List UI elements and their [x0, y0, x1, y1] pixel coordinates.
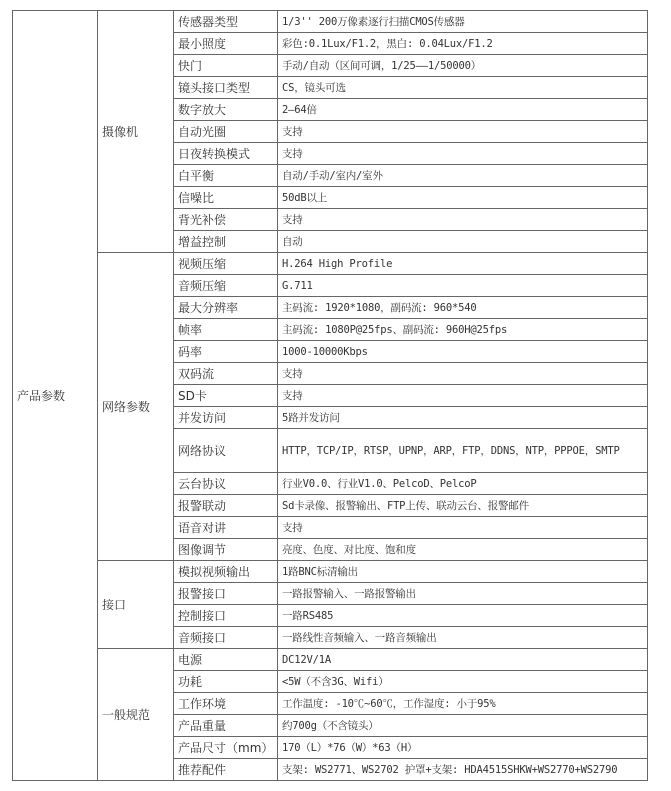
spec-value: 支持: [278, 517, 648, 539]
spec-key: 帧率: [174, 319, 278, 341]
spec-value: H.264 High Profile: [278, 253, 648, 275]
spec-value: 1路BNC标清输出: [278, 561, 648, 583]
spec-value: 支持: [278, 363, 648, 385]
category-cell: 产品参数: [13, 11, 98, 781]
spec-value: 工作温度: -10℃~60℃，工作湿度: 小于95%: [278, 693, 648, 715]
spec-key: 视频压缩: [174, 253, 278, 275]
group-interface: 接口: [98, 561, 174, 649]
spec-value: DC12V/1A: [278, 649, 648, 671]
spec-value: 5路并发访问: [278, 407, 648, 429]
spec-key: 模拟视频输出: [174, 561, 278, 583]
spec-key: 数字放大: [174, 99, 278, 121]
spec-key: SD卡: [174, 385, 278, 407]
spec-value: 170（L）*76（W）*63（H）: [278, 737, 648, 759]
table-row: 一般规范 电源 DC12V/1A: [13, 649, 648, 671]
spec-key: 信噪比: [174, 187, 278, 209]
spec-key: 码率: [174, 341, 278, 363]
spec-value: 彩色:0.1Lux/F1.2，黑白: 0.04Lux/F1.2: [278, 33, 648, 55]
spec-value: G.711: [278, 275, 648, 297]
spec-key: 功耗: [174, 671, 278, 693]
group-camera: 摄像机: [98, 11, 174, 253]
spec-key: 报警接口: [174, 583, 278, 605]
spec-value: 支持: [278, 121, 648, 143]
spec-key: 工作环境: [174, 693, 278, 715]
spec-key: 语音对讲: [174, 517, 278, 539]
group-network: 网络参数: [98, 253, 174, 561]
spec-key: 增益控制: [174, 231, 278, 253]
spec-key: 并发访问: [174, 407, 278, 429]
spec-value: 支持: [278, 385, 648, 407]
spec-key: 日夜转换模式: [174, 143, 278, 165]
spec-key: 双码流: [174, 363, 278, 385]
spec-key: 最大分辨率: [174, 297, 278, 319]
table-row: 接口 模拟视频输出 1路BNC标清输出: [13, 561, 648, 583]
spec-value: 亮度、色度、对比度、饱和度: [278, 539, 648, 561]
spec-key: 传感器类型: [174, 11, 278, 33]
spec-key: 音频接口: [174, 627, 278, 649]
spec-value: 约700g（不含镜头）: [278, 715, 648, 737]
group-general: 一般规范: [98, 649, 174, 781]
spec-key: 网络协议: [174, 429, 278, 473]
spec-key: 镜头接口类型: [174, 77, 278, 99]
spec-key: 图像调节: [174, 539, 278, 561]
spec-key: 控制接口: [174, 605, 278, 627]
spec-value: 支持: [278, 209, 648, 231]
spec-value: 一路RS485: [278, 605, 648, 627]
spec-value: 自动: [278, 231, 648, 253]
table-row: 网络参数 视频压缩 H.264 High Profile: [13, 253, 648, 275]
spec-value: 1/3'' 200万像素逐行扫描CMOS传感器: [278, 11, 648, 33]
spec-value: 手动/自动（区间可调，1/25——1/50000）: [278, 55, 648, 77]
spec-key: 音频压缩: [174, 275, 278, 297]
spec-key: 快门: [174, 55, 278, 77]
spec-key: 推荐配件: [174, 759, 278, 781]
spec-value: 支持: [278, 143, 648, 165]
spec-value: 自动/手动/室内/室外: [278, 165, 648, 187]
spec-value: 主码流: 1080P@25fps、副码流: 960H@25fps: [278, 319, 648, 341]
spec-key: 背光补偿: [174, 209, 278, 231]
spec-value: 支架: WS2771、WS2702 护罩+支架: HDA4515SHKW+WS2…: [278, 759, 648, 781]
spec-value: 一路报警输入、一路报警输出: [278, 583, 648, 605]
spec-value: 2—64倍: [278, 99, 648, 121]
spec-value: 主码流: 1920*1080，副码流: 960*540: [278, 297, 648, 319]
spec-value: CS，镜头可选: [278, 77, 648, 99]
table-row: 产品参数 摄像机 传感器类型 1/3'' 200万像素逐行扫描CMOS传感器: [13, 11, 648, 33]
spec-key: 云台协议: [174, 473, 278, 495]
spec-value: 50dB以上: [278, 187, 648, 209]
spec-key: 报警联动: [174, 495, 278, 517]
spec-value: 1000-10000Kbps: [278, 341, 648, 363]
spec-value: 行业V0.0、行业V1.0、PelcoD、PelcoP: [278, 473, 648, 495]
spec-key: 电源: [174, 649, 278, 671]
spec-value: 一路线性音频输入、一路音频输出: [278, 627, 648, 649]
spec-value: <5W（不含3G、Wifi）: [278, 671, 648, 693]
spec-key: 自动光圈: [174, 121, 278, 143]
product-spec-table: 产品参数 摄像机 传感器类型 1/3'' 200万像素逐行扫描CMOS传感器 最…: [12, 10, 648, 781]
spec-key: 最小照度: [174, 33, 278, 55]
spec-key: 产品重量: [174, 715, 278, 737]
spec-value: Sd卡录像、报警输出、FTP上传、联动云台、报警邮件: [278, 495, 648, 517]
spec-value: HTTP，TCP/IP，RTSP，UPNP，ARP，FTP，DDNS，NTP，P…: [278, 429, 648, 473]
spec-key: 产品尺寸（mm）: [174, 737, 278, 759]
spec-key: 白平衡: [174, 165, 278, 187]
